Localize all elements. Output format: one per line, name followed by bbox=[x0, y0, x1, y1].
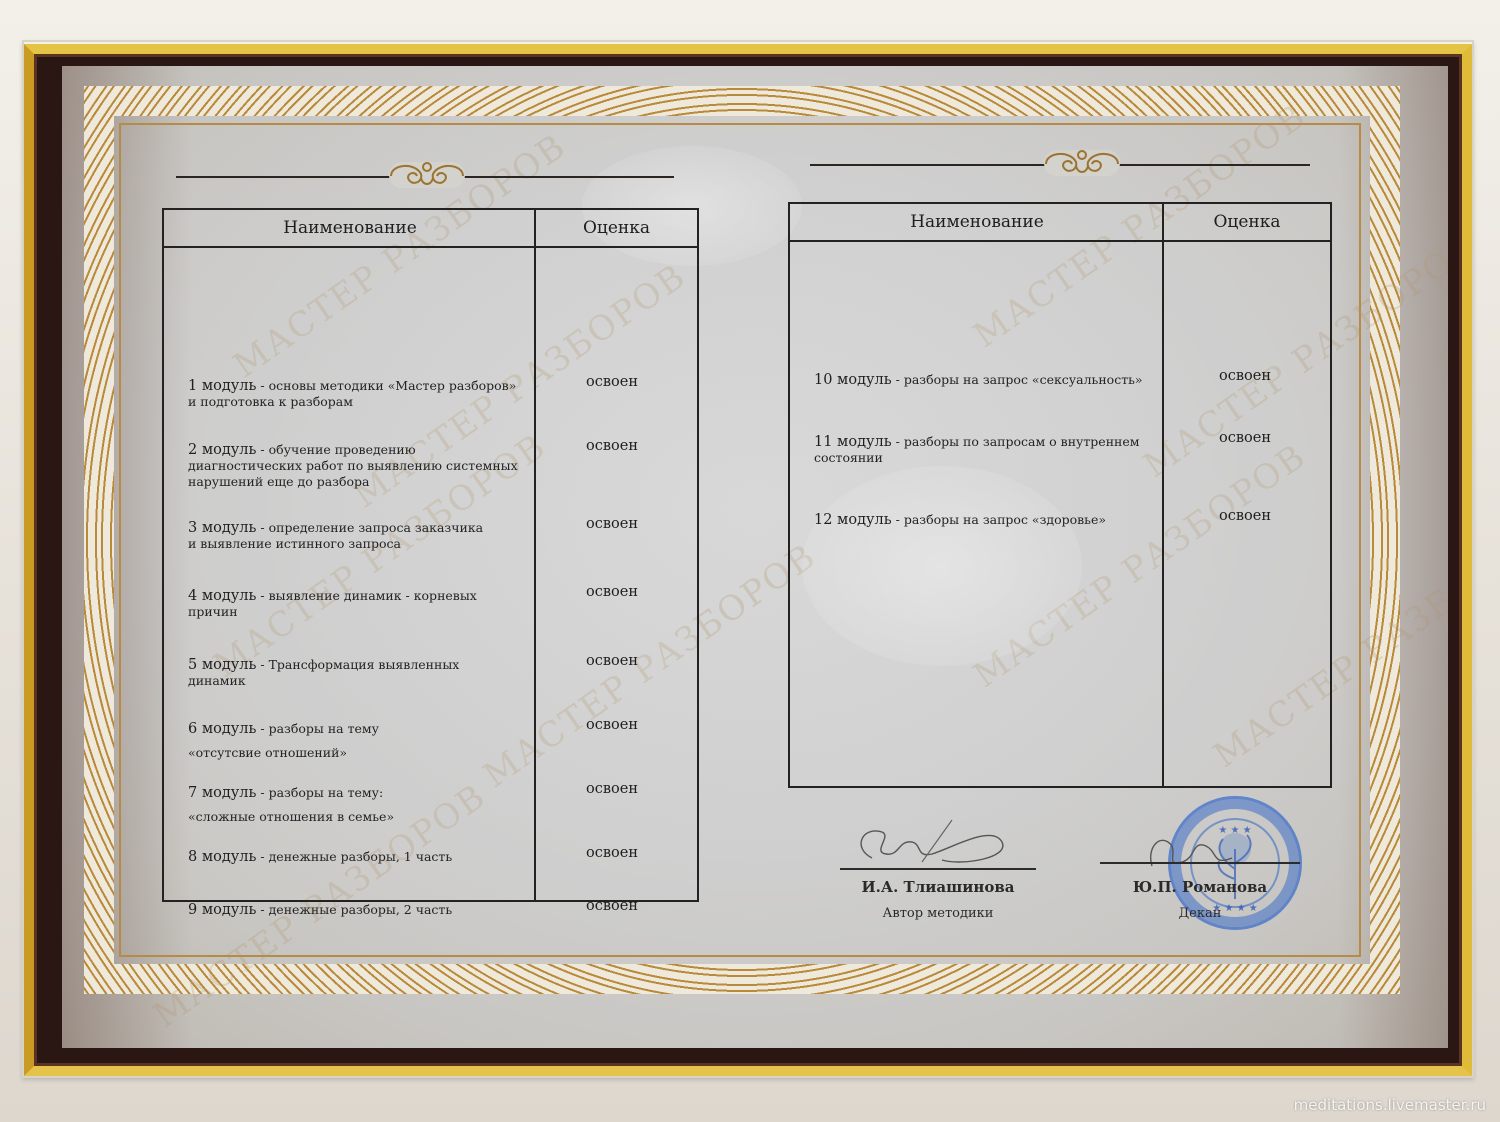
flourish-ornament-left bbox=[385, 158, 469, 192]
module-description-continued: и выявление истинного запроса bbox=[188, 536, 483, 552]
module-name: 1 модуль - основы методики «Мастер разбо… bbox=[188, 378, 516, 410]
module-name: 2 модуль - обучение проведениюдиагностич… bbox=[188, 442, 518, 490]
grade-value: освоен bbox=[536, 584, 688, 600]
column-header-name: Наименование bbox=[790, 204, 1164, 242]
module-description: разборы на тему: bbox=[269, 785, 384, 800]
signature-line-author bbox=[840, 868, 1036, 870]
module-description-continued: причин bbox=[188, 604, 477, 620]
module-description-continued: нарушений еще до разбора bbox=[188, 474, 518, 490]
module-description: разборы на тему bbox=[269, 721, 379, 736]
module-description: определение запроса заказчика bbox=[269, 520, 484, 535]
modules-table-left: Наименование Оценка 1 модуль - основы ме… bbox=[162, 208, 699, 902]
grade-value: освоен bbox=[536, 653, 688, 669]
module-description-continued: «отсутсвие отношений» bbox=[188, 745, 379, 761]
grade-value: освоен bbox=[536, 717, 688, 733]
grade-value: освоен bbox=[536, 516, 688, 532]
module-number: 11 модуль bbox=[814, 434, 892, 450]
module-number: 5 модуль bbox=[188, 657, 256, 673]
module-number: 9 модуль bbox=[188, 902, 256, 918]
signature-line-dean bbox=[1100, 862, 1300, 864]
module-description-continued: динамик bbox=[188, 673, 459, 689]
module-number: 12 модуль bbox=[814, 512, 892, 528]
module-description-continued: диагностических работ по выявлению систе… bbox=[188, 458, 518, 474]
module-description: разборы на запрос «сексуальность» bbox=[904, 372, 1143, 387]
module-name: 3 модуль - определение запроса заказчика… bbox=[188, 520, 483, 552]
module-number: 4 модуль bbox=[188, 588, 256, 604]
module-description: денежные разборы, 1 часть bbox=[269, 849, 453, 864]
flourish-ornament-right bbox=[1040, 146, 1124, 180]
grade-value: освоен bbox=[1164, 508, 1326, 524]
signatory-name-author: И.А. Тлиашинова bbox=[822, 878, 1054, 896]
module-description-continued: «сложные отношения в семье» bbox=[188, 809, 394, 825]
grade-value: освоен bbox=[536, 781, 688, 797]
module-name: 5 модуль - Трансформация выявленныхдинам… bbox=[188, 657, 459, 689]
module-description: обучение проведению bbox=[269, 442, 416, 457]
column-header-name: Наименование bbox=[164, 210, 536, 248]
module-description: основы методики «Мастер разборов» bbox=[269, 378, 517, 393]
grade-value: освоен bbox=[536, 374, 688, 390]
grade-value: освоен bbox=[536, 898, 688, 914]
grade-value: освоен bbox=[536, 845, 688, 861]
grade-value: освоен bbox=[1164, 368, 1326, 384]
module-description: разборы на запрос «здоровье» bbox=[904, 512, 1106, 527]
module-name: 4 модуль - выявление динамик - корневыхп… bbox=[188, 588, 477, 620]
module-number: 1 модуль bbox=[188, 378, 256, 394]
column-header-grade: Оценка bbox=[1164, 204, 1330, 242]
module-name: 7 модуль - разборы на тему:«сложные отно… bbox=[188, 785, 394, 825]
module-description-continued: состоянии bbox=[814, 450, 1140, 466]
signatory-role-author: Автор методики bbox=[822, 906, 1054, 921]
signature-scribble-dean bbox=[1132, 826, 1252, 876]
certificate-page: МАСТЕР РАЗБОРОВ МАСТЕР РАЗБОРОВ МАСТЕР Р… bbox=[62, 66, 1448, 1048]
module-number: 6 модуль bbox=[188, 721, 256, 737]
grade-value: освоен bbox=[536, 438, 688, 454]
grade-value: освоен bbox=[1164, 430, 1326, 446]
module-description: Трансформация выявленных bbox=[269, 657, 460, 672]
module-name: 8 модуль - денежные разборы, 1 часть bbox=[188, 849, 452, 865]
module-name: 9 модуль - денежные разборы, 2 часть bbox=[188, 902, 452, 918]
module-name: 11 модуль - разборы по запросам о внутре… bbox=[814, 434, 1140, 466]
module-number: 3 модуль bbox=[188, 520, 256, 536]
modules-table-right: Наименование Оценка 10 модуль - разборы … bbox=[788, 202, 1332, 788]
module-number: 2 модуль bbox=[188, 442, 256, 458]
site-watermark: meditations.livemaster.ru bbox=[1294, 1096, 1486, 1114]
module-number: 8 модуль bbox=[188, 849, 256, 865]
signatory-name-dean: Ю.П. Романова bbox=[1090, 878, 1310, 896]
module-number: 10 модуль bbox=[814, 372, 892, 388]
column-header-grade: Оценка bbox=[536, 210, 697, 248]
signatory-role-dean: Декан bbox=[1090, 906, 1310, 921]
module-description: денежные разборы, 2 часть bbox=[269, 902, 453, 917]
module-description: выявление динамик - корневых bbox=[269, 588, 477, 603]
module-name: 10 модуль - разборы на запрос «сексуальн… bbox=[814, 372, 1143, 388]
module-description-continued: и подготовка к разборам bbox=[188, 394, 516, 410]
module-name: 12 модуль - разборы на запрос «здоровье» bbox=[814, 512, 1106, 528]
module-name: 6 модуль - разборы на тему«отсутсвие отн… bbox=[188, 721, 379, 761]
module-description: разборы по запросам о внутреннем bbox=[904, 434, 1140, 449]
module-number: 7 модуль bbox=[188, 785, 256, 801]
